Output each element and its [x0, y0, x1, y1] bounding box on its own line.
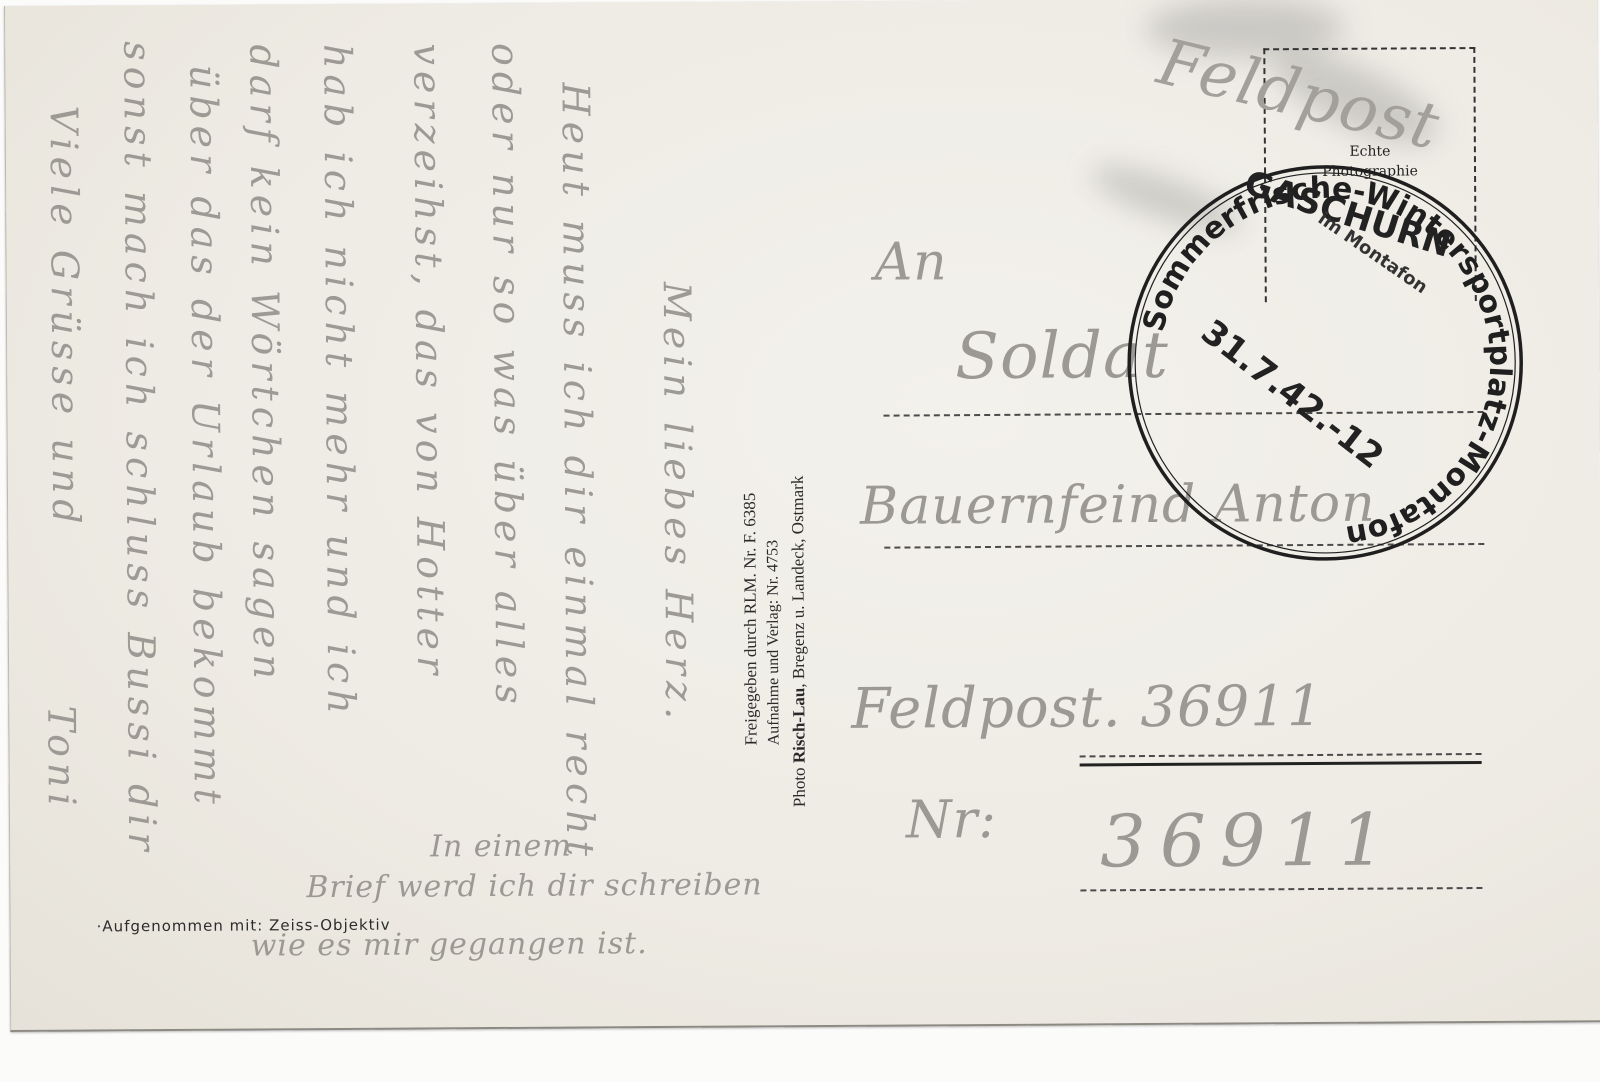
message-line: darf kein Wörtchen sagen	[241, 44, 289, 685]
lens-credit: ·Aufgenommen mit: Zeiss-Objektiv	[97, 916, 391, 936]
message-line: hab ich nicht mehr und ich	[315, 44, 363, 720]
svg-text:31.7.42.-12: 31.7.42.-12	[1193, 312, 1390, 477]
message-signature: Toni	[39, 706, 84, 812]
imprint-photo-label: Photo	[790, 763, 809, 807]
message-line: verzeihst, das von Hotter	[405, 43, 453, 680]
imprint-location: , Bregenz u. Landeck, Ostmark	[788, 476, 808, 688]
message-line: Mein liebes Herz.	[655, 282, 702, 725]
address-rule-4	[1080, 887, 1482, 891]
postscript-line: Brief werd ich dir schreiben	[306, 867, 763, 905]
message-line: über das der Urlaub bekommt	[181, 65, 230, 810]
imprint-line-3: Photo Risch-Lau, Bregenz u. Landeck, Ost…	[786, 195, 810, 807]
address-line-4: 36911	[1100, 797, 1400, 883]
address-line-3: Feldpost. 36911	[851, 674, 1324, 742]
message-line: oder nur so was über alles	[483, 43, 531, 710]
imprint-line-2: Aufnahme und Verlag: Nr. 4753	[763, 279, 784, 745]
imprint-photographer: Risch-Lau	[789, 688, 808, 764]
address-to: An	[874, 232, 947, 292]
postscript-line: In einem	[430, 829, 572, 865]
message-line: Viele Grüsse und	[42, 106, 89, 530]
imprint-line-1: Freigegeben durch RLM. Nr. F. 6385	[738, 195, 761, 745]
message-line: sonst mach ich schluss Bussi dir	[115, 41, 164, 857]
postcard-back: Mein liebes Herz. Heut muss ich dir einm…	[4, 0, 1600, 1032]
message-line: Heut muss ich dir einmal recht	[553, 82, 602, 862]
address-rule-3	[1080, 753, 1482, 757]
postmark-circle: Sommerfrische-Wintersportplatz-Montafon …	[1124, 162, 1526, 564]
address-rule-3-underline	[1080, 761, 1482, 766]
address-line-4-prefix: Nr:	[906, 790, 997, 851]
